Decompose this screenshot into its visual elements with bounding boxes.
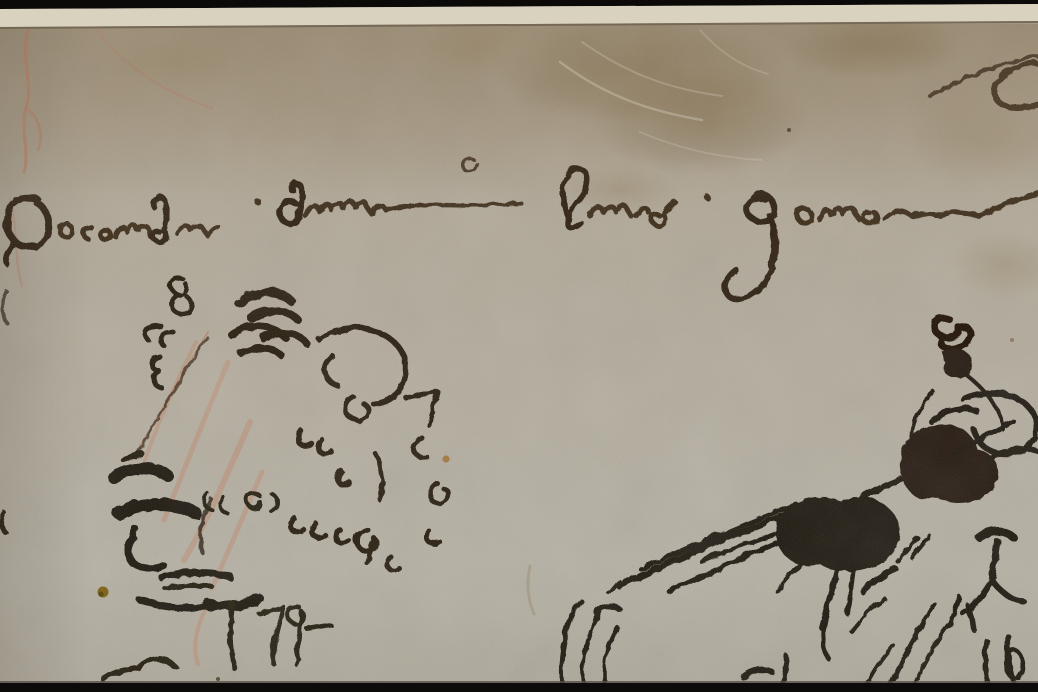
mount-bottom-band [0,683,1038,692]
manuscript-photo-svg [0,0,1038,692]
paper-grain-texture [0,0,1038,692]
manuscript-photo [0,0,1038,692]
